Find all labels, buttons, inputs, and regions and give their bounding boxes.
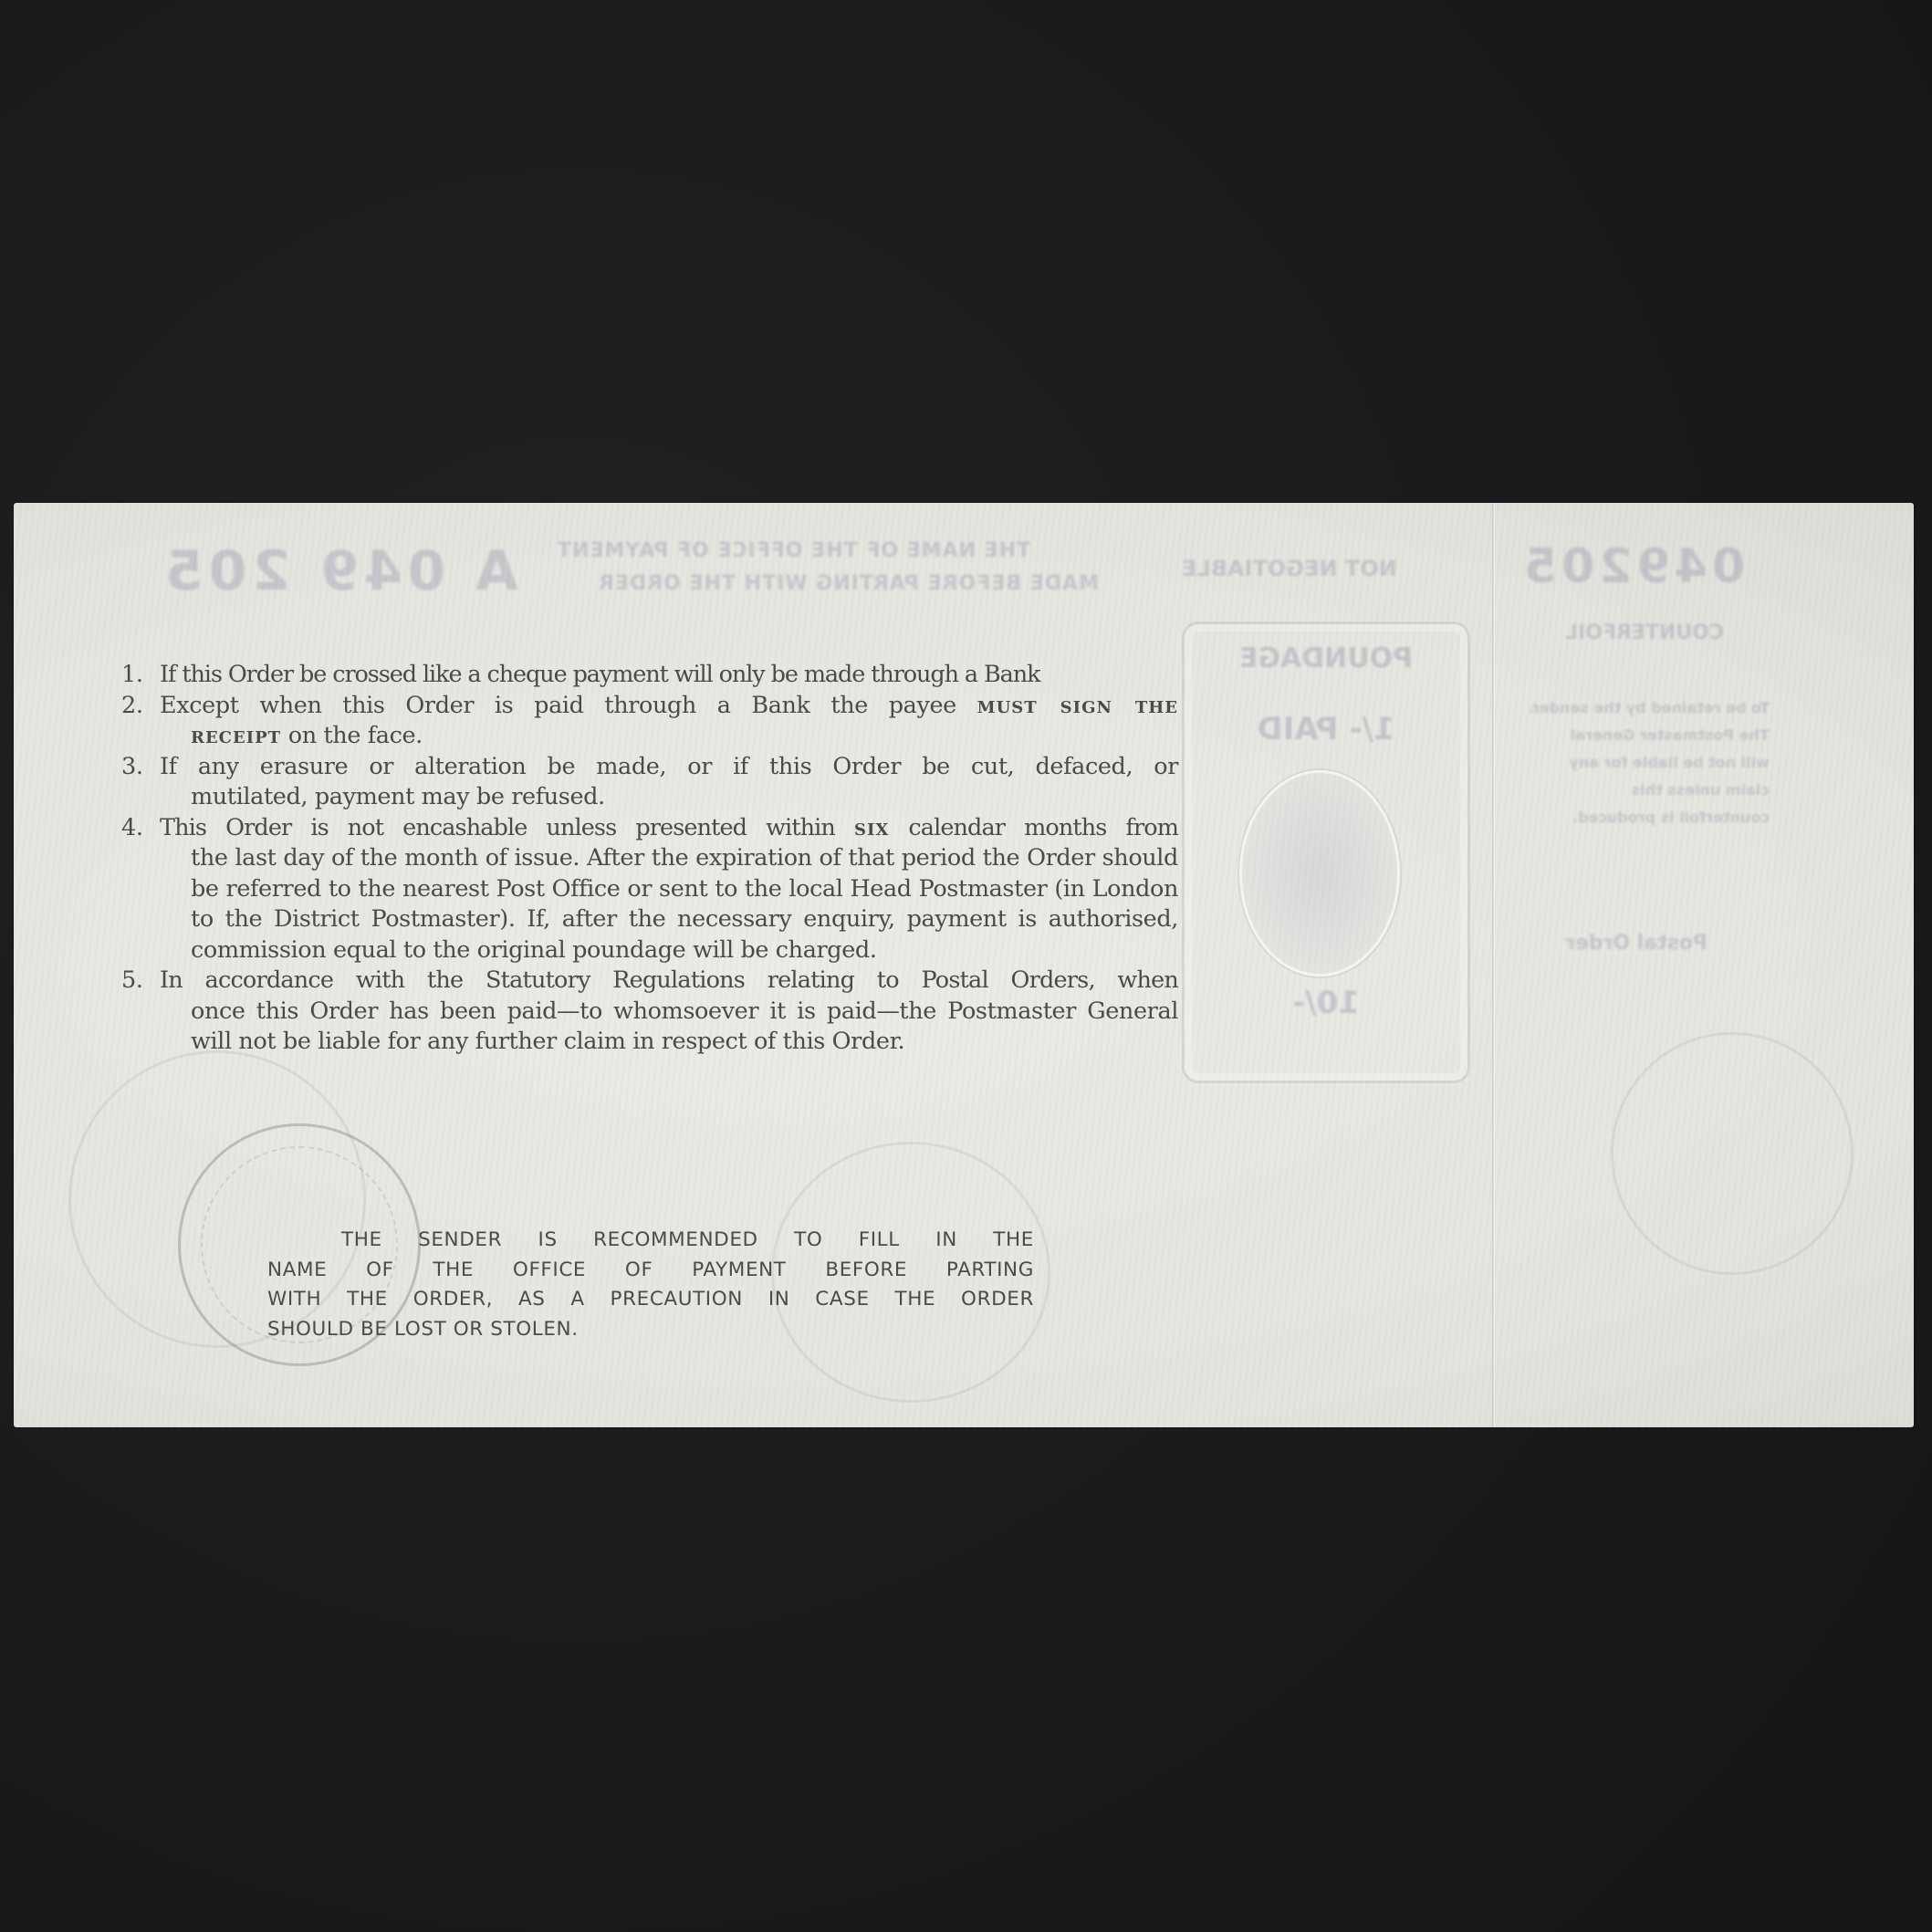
stamp-poundage-text: POUNDAGE	[1203, 642, 1449, 674]
condition-number: 5.	[121, 966, 160, 1058]
condition-number: 4.	[121, 813, 160, 966]
show-through-counterfoil-serial: 049205	[1519, 539, 1745, 594]
condition-number: 2.	[121, 691, 160, 752]
condition-text: In accordance with the Statutory Regulat…	[160, 966, 1178, 997]
condition-text: If any erasure or alteration be made, or…	[160, 752, 1178, 783]
condition-text-continued: once this Order has been paid—to whomsoe…	[160, 997, 1178, 1058]
conditions-list: 1. If this Order be crossed like a chequ…	[121, 660, 1178, 1058]
condition-text: Except when this Order is paid through a…	[160, 691, 1178, 722]
condition-number: 1.	[121, 660, 160, 691]
show-through-header-line: THE NAME OF THE OFFICE OF PAYMENT	[557, 539, 1030, 562]
condition-item: 3. If any erasure or alteration be made,…	[121, 752, 1178, 813]
emphasis-text: RECEIPT	[191, 722, 281, 749]
condition-text: If this Order be crossed like a cheque p…	[160, 660, 1178, 691]
stamp-portrait-oval-icon	[1239, 770, 1400, 976]
show-through-serial-number: A 049 205	[160, 539, 518, 603]
condition-text-continued: the last day of the month of issue. Afte…	[160, 843, 1178, 966]
show-through-counterfoil-text: To be retained by the sender. The Postma…	[1529, 694, 1770, 831]
show-through-counterfoil-label: COUNTERFOIL	[1565, 621, 1724, 644]
recommendation-line: THE SENDER IS RECOMMENDED TO FILL IN THE	[267, 1226, 1034, 1256]
embossed-stamp: POUNDAGE 1/- PAID 10/-	[1182, 621, 1470, 1083]
emphasis-text: SIX	[854, 814, 889, 841]
condition-item: 1. If this Order be crossed like a chequ…	[121, 660, 1178, 691]
condition-item: 5. In accordance with the Statutory Regu…	[121, 966, 1178, 1058]
counterfoil-perforation	[1492, 503, 1495, 1427]
condition-number: 3.	[121, 752, 160, 813]
recommendation-line: NAME OF THE OFFICE OF PAYMENT BEFORE PAR…	[267, 1256, 1034, 1286]
show-through-circle	[1611, 1032, 1854, 1275]
stamp-paid-text: 1/- PAID	[1203, 711, 1449, 747]
condition-item: 2. Except when this Order is paid throug…	[121, 691, 1178, 752]
condition-text-continued: mutilated, payment may be refused.	[160, 782, 1178, 813]
show-through-header-line: MADE BEFORE PARTING WITH THE ORDER	[598, 572, 1099, 595]
show-through-counterfoil-title: Postal Order	[1565, 932, 1707, 955]
sender-recommendation: THE SENDER IS RECOMMENDED TO FILL IN THE…	[267, 1226, 1034, 1344]
recommendation-line: WITH THE ORDER, AS A PRECAUTION IN CASE …	[267, 1285, 1034, 1315]
show-through-not-negotiable: NOT NEGOTIABLE	[1182, 556, 1397, 581]
condition-item: 4. This Order is not encashable unless p…	[121, 813, 1178, 966]
condition-text: This Order is not encashable unless pres…	[160, 813, 1178, 844]
stamp-value-text: 10/-	[1203, 985, 1449, 1021]
condition-text-continued: RECEIPT on the face.	[160, 721, 1178, 752]
emphasis-text: MUST SIGN THE	[977, 692, 1178, 719]
recommendation-line: SHOULD BE LOST OR STOLEN.	[267, 1315, 1034, 1345]
postal-order-reverse: A 049 205 THE NAME OF THE OFFICE OF PAYM…	[14, 503, 1914, 1427]
